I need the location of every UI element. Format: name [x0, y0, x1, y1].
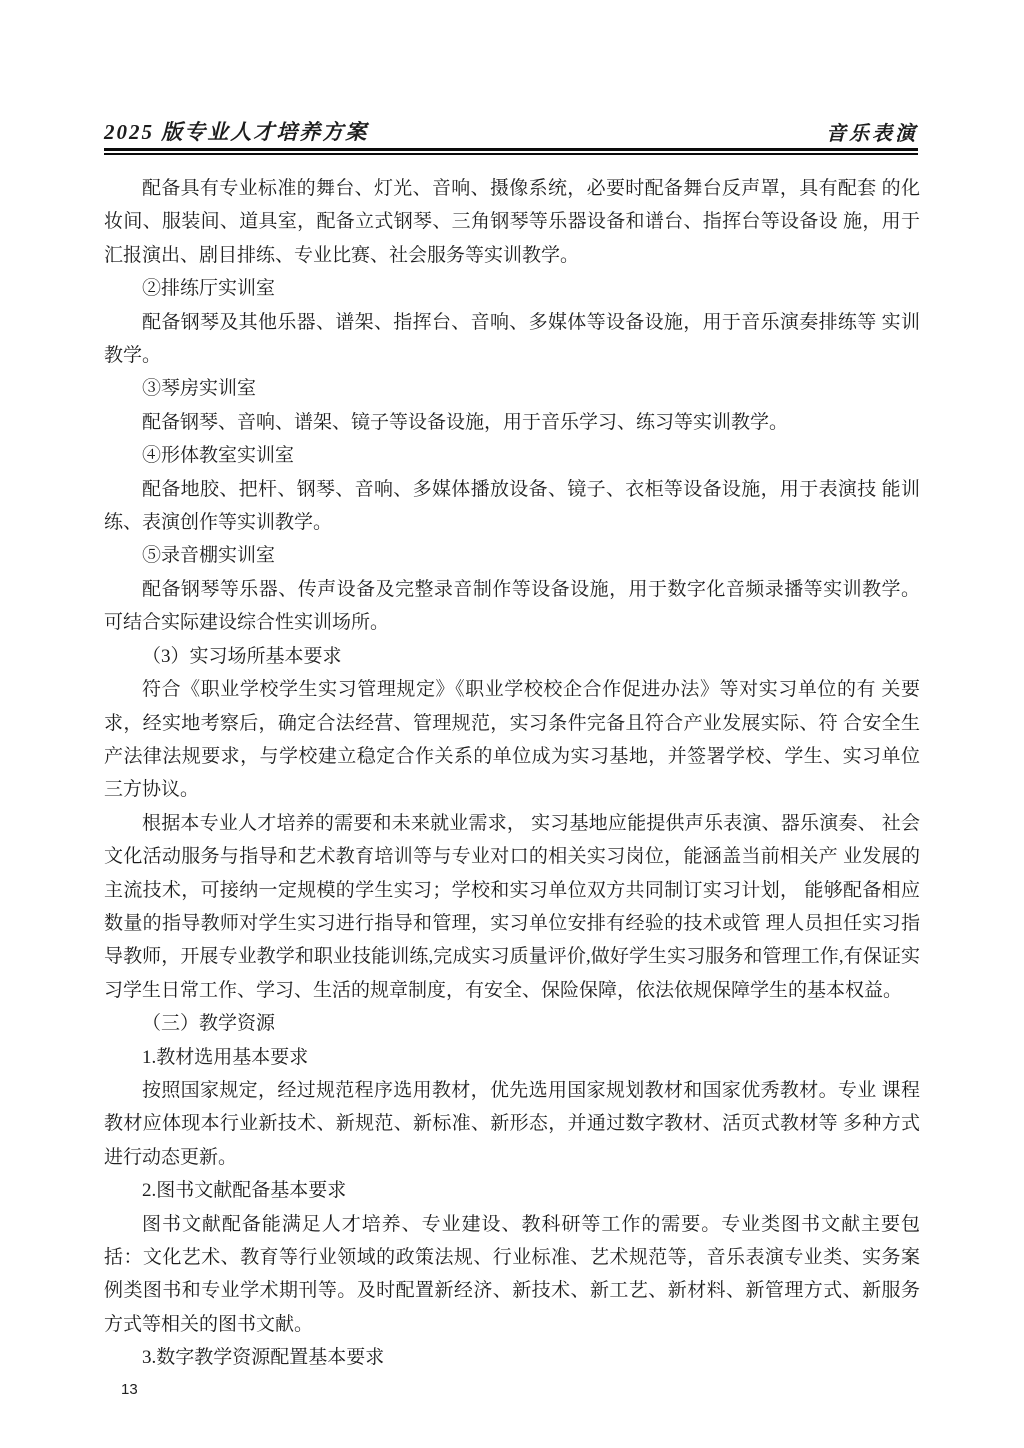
- paragraph: ③琴房实训室: [104, 372, 920, 405]
- paragraph: （三）教学资源: [104, 1007, 920, 1040]
- paragraph: 图书文献配备能满足人才培养、专业建设、教科研等工作的需要。专业类图书文献主要包括…: [104, 1208, 920, 1342]
- paragraph: （3）实习场所基本要求: [104, 640, 920, 673]
- paragraph: 1.教材选用基本要求: [104, 1041, 920, 1074]
- header-left-title: 2025 版专业人才培养方案: [104, 116, 368, 146]
- paragraph: 根据本专业人才培养的需要和未来就业需求， 实习基地应能提供声乐表演、器乐演奏、 …: [104, 807, 920, 1007]
- header-right-title: 音乐表演: [826, 117, 918, 146]
- document-body: 配备具有专业标准的舞台、灯光、音响、摄像系统，必要时配备舞台反声罩，具有配套 的…: [104, 172, 920, 1375]
- paragraph: 配备钢琴等乐器、传声设备及完整录音制作等设备设施，用于数字化音频录播等实训教学。…: [104, 573, 920, 640]
- paragraph: 3.数字教学资源配置基本要求: [104, 1341, 920, 1374]
- header-double-rule: [104, 148, 918, 155]
- paragraph: 配备具有专业标准的舞台、灯光、音响、摄像系统，必要时配备舞台反声罩，具有配套 的…: [104, 172, 920, 272]
- paragraph: 配备地胶、把杆、钢琴、音响、多媒体播放设备、镜子、衣柜等设备设施，用于表演技 能…: [104, 473, 920, 540]
- document-page: 2025 版专业人才培养方案 音乐表演 配备具有专业标准的舞台、灯光、音响、摄像…: [0, 0, 1024, 1448]
- paragraph: 2.图书文献配备基本要求: [104, 1174, 920, 1207]
- paragraph: 配备钢琴及其他乐器、谱架、指挥台、音响、多媒体等设备设施，用于音乐演奏排练等 实…: [104, 306, 920, 373]
- paragraph: ④形体教室实训室: [104, 439, 920, 472]
- paragraph: ⑤录音棚实训室: [104, 539, 920, 572]
- paragraph: 按照国家规定，经过规范程序选用教材，优先选用国家规划教材和国家优秀教材。专业 课…: [104, 1074, 920, 1174]
- paragraph: ②排练厅实训室: [104, 272, 920, 305]
- paragraph: 配备钢琴、音响、谱架、镜子等设备设施，用于音乐学习、练习等实训教学。: [104, 406, 920, 439]
- page-number: 13: [121, 1381, 138, 1398]
- paragraph: 符合《职业学校学生实习管理规定》《职业学校校企合作促进办法》等对实习单位的有 关…: [104, 673, 920, 807]
- page-header: 2025 版专业人才培养方案 音乐表演: [104, 116, 918, 146]
